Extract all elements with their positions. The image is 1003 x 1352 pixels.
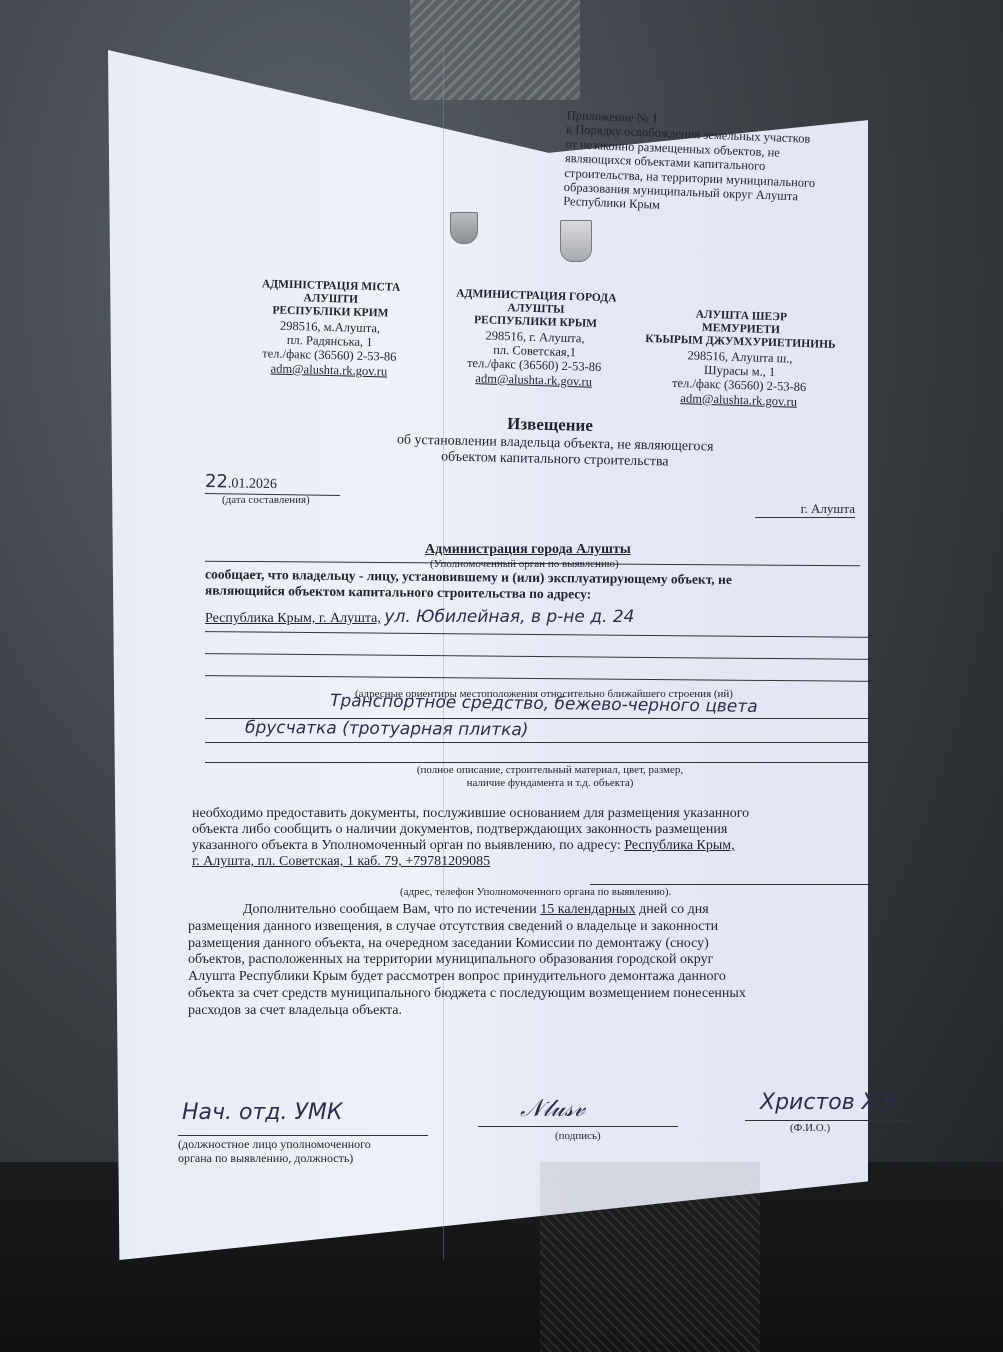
signature-caption: (подпись) bbox=[555, 1130, 601, 1143]
request-caption: (адрес, телефон Уполномоченного органа п… bbox=[400, 886, 671, 899]
crimea-coat-of-arms-icon bbox=[450, 212, 478, 244]
annex-note: Приложение № 1 к Порядку освобождения зе… bbox=[563, 108, 857, 220]
signature-handwritten: 𝒩𝓁𝓊𝓈𝓋 bbox=[520, 1095, 585, 1123]
date-field: 22.01.2026 bbox=[205, 472, 340, 496]
description-handwritten-line2: брусчатка (тротуарная плитка) bbox=[245, 719, 529, 741]
position-caption: (должностное лицо уполномоченного органа… bbox=[178, 1138, 371, 1166]
position-handwritten: Нач. отд. УМК bbox=[182, 1100, 343, 1125]
name-line bbox=[745, 1120, 910, 1121]
city-field: г. Алушта bbox=[755, 502, 855, 518]
description-caption: (полное описание, строительный материал,… bbox=[400, 764, 700, 789]
address-field: Республика Крым, г. Алушта, ул. Юбилейна… bbox=[205, 608, 634, 628]
date-caption: (дата составления) bbox=[222, 494, 310, 507]
signature-line bbox=[478, 1126, 678, 1127]
description-line bbox=[205, 742, 880, 743]
authority-name: Администрация города Алушты bbox=[425, 542, 631, 558]
header-crimean-tatar: АЛУШТА ШЕЭР МЕМУРИЕТИ КЪЫРЫМ ДЖУМХУРИЕТИ… bbox=[629, 307, 852, 411]
request-paragraph: необходимо предоставить документы, послу… bbox=[192, 806, 897, 870]
request-address-line bbox=[590, 884, 880, 885]
header-russian: АДМИНИСТРАЦИЯ ГОРОДА АЛУШТЫ РЕСПУБЛИКИ К… bbox=[439, 287, 632, 390]
tape-strip-top bbox=[410, 0, 580, 100]
name-handwritten: Христов Х.Б. bbox=[760, 1090, 906, 1115]
header-ukrainian: АДМІНІСТРАЦІЯ МІСТА АЛУШТИ РЕСПУБЛІКИ КР… bbox=[229, 277, 431, 379]
description-line bbox=[205, 762, 880, 763]
tape-strip-bottom bbox=[540, 1162, 760, 1352]
alushta-coat-of-arms-icon bbox=[560, 220, 592, 262]
position-line bbox=[178, 1135, 428, 1136]
name-caption: (Ф.И.О.) bbox=[790, 1122, 830, 1135]
warning-paragraph: Дополнительно сообщаем Вам, что по истеч… bbox=[188, 902, 908, 1020]
